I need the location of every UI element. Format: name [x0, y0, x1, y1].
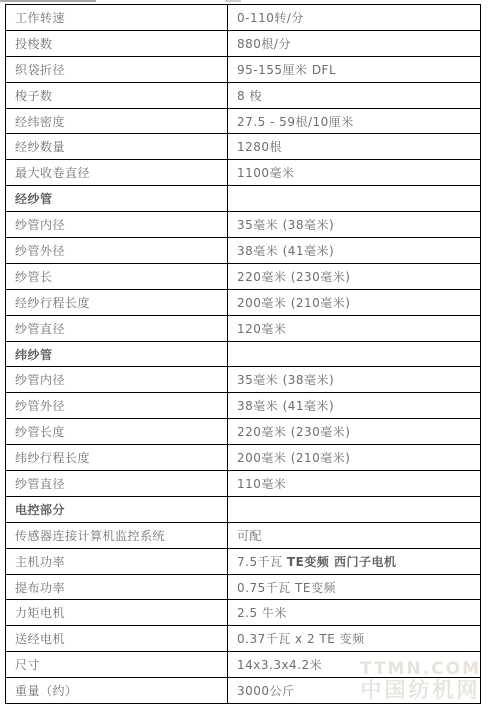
spec-label: 织袋折径	[6, 56, 228, 82]
spec-value: 27.5 - 59根/10厘米	[228, 108, 481, 134]
spec-table-body: 工作转速0-110转/分投梭数880根/分织袋折径95-155厘米 DFL梭子数…	[6, 5, 481, 704]
spec-value-text: 38毫米 (41毫米)	[237, 399, 334, 413]
spec-label: 纱管外径	[6, 238, 228, 264]
spec-value-text: 220毫米 (230毫米)	[237, 270, 351, 284]
spec-value-text: 0.37千瓦 x 2 TE 变频	[237, 632, 365, 646]
spec-value-text: 2.5 牛米	[237, 606, 287, 620]
spec-row: 最大收卷直径1100毫米	[6, 160, 481, 186]
spec-value-text: 38毫米 (41毫米)	[237, 244, 334, 258]
spec-value	[228, 496, 481, 522]
spec-label: 重量（约）	[6, 678, 228, 704]
spec-row: 纱管外径38毫米 (41毫米)	[6, 393, 481, 419]
spec-value: 可配	[228, 522, 481, 548]
spec-value-text: 1100毫米	[237, 166, 295, 180]
spec-row: 纱管外径38毫米 (41毫米)	[6, 238, 481, 264]
spec-row: 纱管直径120毫米	[6, 315, 481, 341]
spec-value-text: 1280根	[237, 140, 282, 154]
spec-value-text: 14x3.3x4.2米	[237, 658, 322, 672]
spec-row: 织袋折径95-155厘米 DFL	[6, 56, 481, 82]
spec-row: 纱管内径35毫米 (38毫米)	[6, 212, 481, 238]
spec-label: 传感器连接计算机监控系统	[6, 522, 228, 548]
spec-table: 工作转速0-110转/分投梭数880根/分织袋折径95-155厘米 DFL梭子数…	[5, 4, 481, 704]
spec-label: 力矩电机	[6, 600, 228, 626]
spec-value-text: 220毫米 (230毫米)	[237, 425, 351, 439]
spec-value-bold-text: TE变频 西门子电机	[287, 555, 397, 569]
section-title: 经纱管	[6, 186, 228, 212]
spec-label: 纱管长	[6, 263, 228, 289]
spec-label: 提布功率	[6, 574, 228, 600]
spec-value: 120毫米	[228, 315, 481, 341]
spec-value: 0.75千瓦 TE变频	[228, 574, 481, 600]
spec-value-text: 35毫米 (38毫米)	[237, 373, 334, 387]
spec-value-text: 95-155厘米 DFL	[237, 63, 336, 77]
spec-value-text: 0-110转/分	[237, 11, 304, 25]
spec-label: 主机功率	[6, 548, 228, 574]
spec-value	[228, 341, 481, 367]
spec-label: 纱管直径	[6, 471, 228, 497]
spec-value-text: 27.5 - 59根/10厘米	[237, 115, 354, 129]
section-title: 电控部分	[6, 496, 228, 522]
spec-row: 主机功率7.5千瓦 TE变频 西门子电机	[6, 548, 481, 574]
spec-row: 经纱数量1280根	[6, 134, 481, 160]
spec-row: 经纱行程长度200毫米 (210毫米)	[6, 289, 481, 315]
spec-value-text: 35毫米 (38毫米)	[237, 218, 334, 232]
section-title: 纬纱管	[6, 341, 228, 367]
spec-value	[228, 186, 481, 212]
spec-row: 传感器连接计算机监控系统可配	[6, 522, 481, 548]
spec-row: 力矩电机2.5 牛米	[6, 600, 481, 626]
spec-label: 纱管外径	[6, 393, 228, 419]
spec-row: 经纬密度27.5 - 59根/10厘米	[6, 108, 481, 134]
spec-value-text: 110毫米	[237, 477, 286, 491]
spec-row: 纱管长220毫米 (230毫米)	[6, 263, 481, 289]
spec-label: 经纱行程长度	[6, 289, 228, 315]
spec-label: 纱管长度	[6, 419, 228, 445]
spec-value: 200毫米 (210毫米)	[228, 445, 481, 471]
spec-value: 1280根	[228, 134, 481, 160]
spec-row: 纬纱行程长度200毫米 (210毫米)	[6, 445, 481, 471]
spec-value: 35毫米 (38毫米)	[228, 367, 481, 393]
spec-value: 2.5 牛米	[228, 600, 481, 626]
spec-value: 0.37千瓦 x 2 TE 变频	[228, 626, 481, 652]
spec-row: 送经电机0.37千瓦 x 2 TE 变频	[6, 626, 481, 652]
spec-row: 纱管直径110毫米	[6, 471, 481, 497]
cropped-row-remnant	[0, 0, 96, 2]
spec-row: 纱管长度220毫米 (230毫米)	[6, 419, 481, 445]
spec-value: 220毫米 (230毫米)	[228, 419, 481, 445]
spec-value: 1100毫米	[228, 160, 481, 186]
spec-value-text: 8 梭	[237, 89, 262, 103]
section-header-row: 纬纱管	[6, 341, 481, 367]
spec-label: 工作转速	[6, 5, 228, 31]
spec-row: 提布功率0.75千瓦 TE变频	[6, 574, 481, 600]
page: { "colors": { "background": "#ffffff", "…	[0, 0, 489, 712]
spec-value-text: 0.75千瓦 TE变频	[237, 581, 336, 595]
spec-row: 纱管内径35毫米 (38毫米)	[6, 367, 481, 393]
spec-row: 重量（约）3000公斤	[6, 678, 481, 704]
cropped-divider-remnant	[225, 0, 241, 2]
spec-value: 35毫米 (38毫米)	[228, 212, 481, 238]
spec-value-text: 200毫米 (210毫米)	[237, 451, 351, 465]
section-header-row: 电控部分	[6, 496, 481, 522]
spec-label: 投梭数	[6, 30, 228, 56]
spec-value: 880根/分	[228, 30, 481, 56]
spec-label: 梭子数	[6, 82, 228, 108]
spec-value: 14x3.3x4.2米	[228, 652, 481, 678]
spec-row: 梭子数8 梭	[6, 82, 481, 108]
spec-value-text: 3000公斤	[237, 684, 295, 698]
spec-row: 尺寸14x3.3x4.2米	[6, 652, 481, 678]
spec-value: 220毫米 (230毫米)	[228, 263, 481, 289]
spec-value: 7.5千瓦 TE变频 西门子电机	[228, 548, 481, 574]
spec-value: 38毫米 (41毫米)	[228, 393, 481, 419]
spec-label: 纱管内径	[6, 212, 228, 238]
spec-value: 110毫米	[228, 471, 481, 497]
spec-value: 8 梭	[228, 82, 481, 108]
section-header-row: 经纱管	[6, 186, 481, 212]
spec-value-text: 880根/分	[237, 37, 291, 51]
spec-value: 38毫米 (41毫米)	[228, 238, 481, 264]
spec-value-text: 可配	[237, 529, 262, 543]
spec-value: 200毫米 (210毫米)	[228, 289, 481, 315]
spec-label: 纱管直径	[6, 315, 228, 341]
spec-label: 经纱数量	[6, 134, 228, 160]
spec-label: 最大收卷直径	[6, 160, 228, 186]
spec-label: 尺寸	[6, 652, 228, 678]
spec-label: 送经电机	[6, 626, 228, 652]
spec-value-text: 7.5千瓦	[237, 555, 287, 569]
spec-label: 纬纱行程长度	[6, 445, 228, 471]
spec-label: 纱管内径	[6, 367, 228, 393]
spec-value-text: 120毫米	[237, 322, 286, 336]
spec-value: 3000公斤	[228, 678, 481, 704]
spec-row: 投梭数880根/分	[6, 30, 481, 56]
spec-label: 经纬密度	[6, 108, 228, 134]
spec-value: 95-155厘米 DFL	[228, 56, 481, 82]
spec-value: 0-110转/分	[228, 5, 481, 31]
spec-row: 工作转速0-110转/分	[6, 5, 481, 31]
spec-value-text: 200毫米 (210毫米)	[237, 296, 351, 310]
